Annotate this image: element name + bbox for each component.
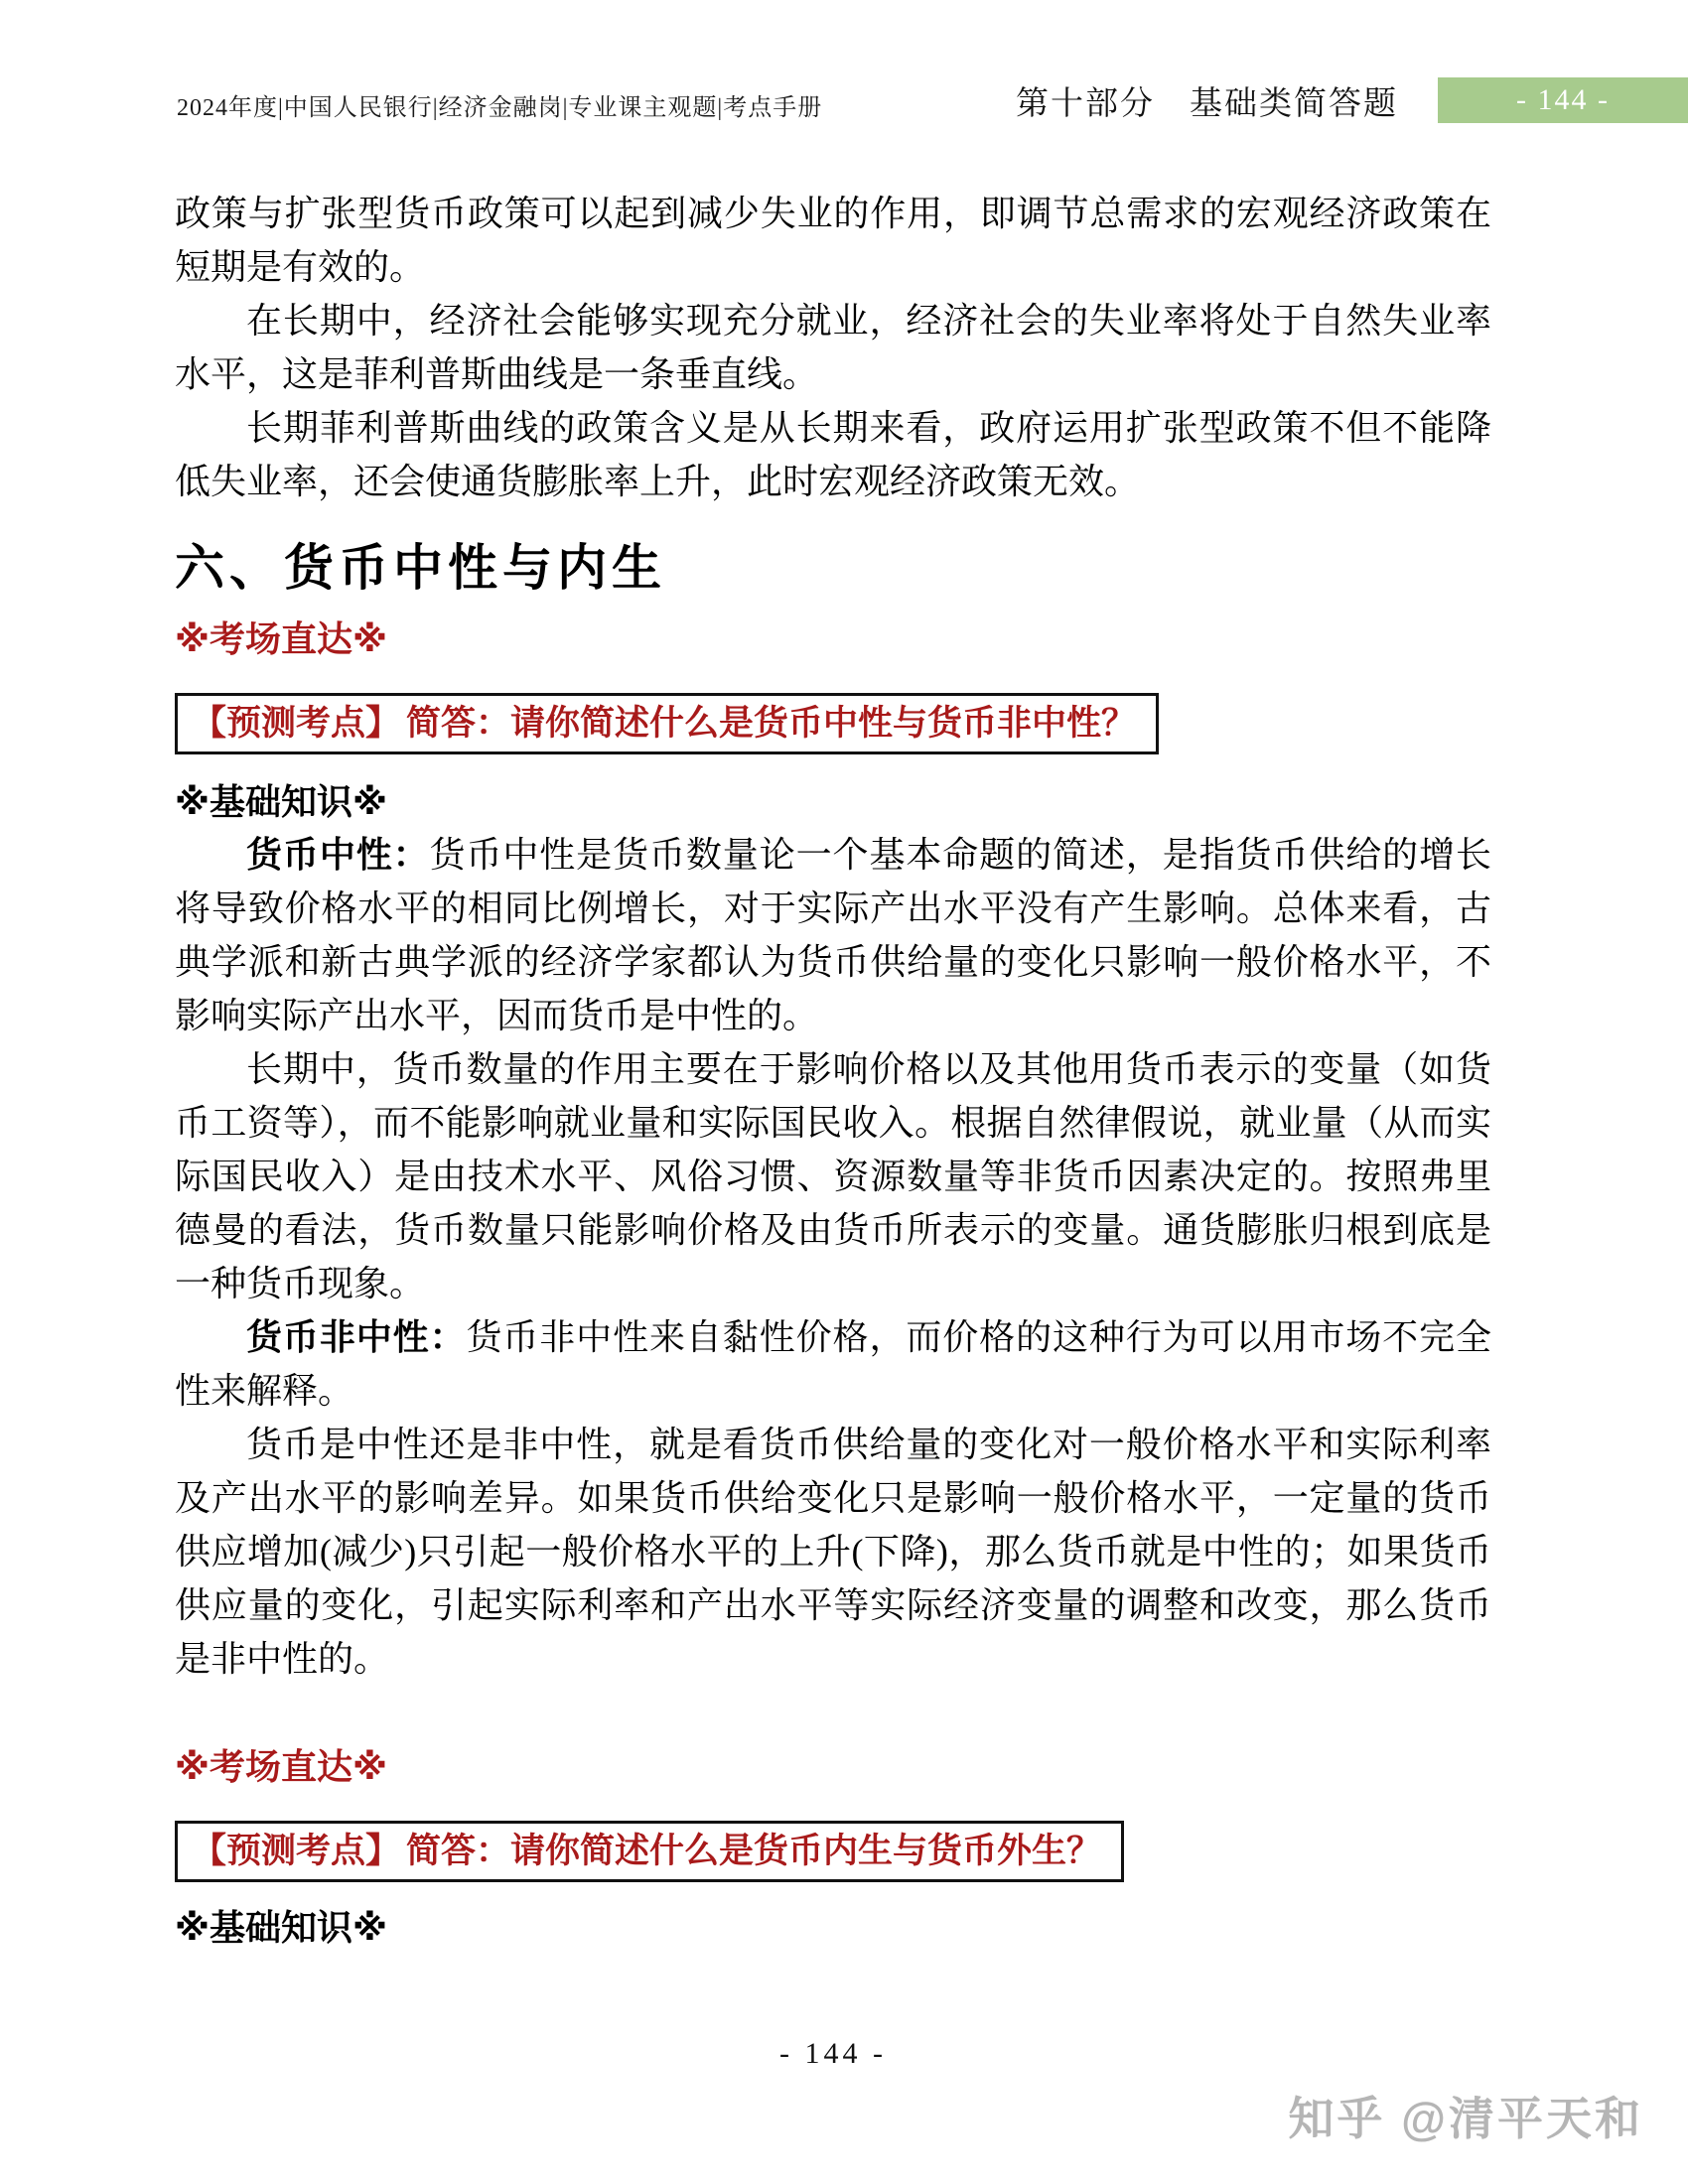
- page-content: 政策与扩张型货币政策可以起到减少失业的作用，即调节总需求的宏观经济政策在短期是有…: [175, 187, 1491, 1948]
- footer-page-number: - 144 -: [175, 2037, 1491, 2071]
- section-heading: 六、货币中性与内生: [175, 538, 1491, 598]
- knowledge-paragraph-1: 货币中性：货币中性是货币数量论一个基本命题的简述，是指货币供给的增长将导致价格水…: [175, 828, 1491, 1042]
- knowledge-paragraph-3: 货币非中性：货币非中性来自黏性价格，而价格的这种行为可以用市场不完全性来解释。: [175, 1310, 1491, 1418]
- header-left-title: 2024年度|中国人民银行|经济金融岗|专业课主观题|考点手册: [177, 87, 822, 122]
- page-number-badge: - 144 -: [1438, 77, 1688, 123]
- predict-tag-2: 【预测考点】: [192, 1832, 400, 1870]
- knowledge-paragraph-4: 货币是中性还是非中性，就是看货币供给量的变化对一般价格水平和实际利率及产出水平的…: [175, 1418, 1491, 1686]
- intro-paragraph-2: 在长期中，经济社会能够实现充分就业，经济社会的失业率将处于自然失业率水平，这是菲…: [175, 294, 1491, 401]
- paragraph-lead-monetary-nonneutral: 货币非中性：: [246, 1317, 466, 1357]
- predict-point-box-1: 【预测考点】简答：请你简述什么是货币中性与货币非中性？: [175, 693, 1159, 754]
- paragraph-lead-monetary-neutral: 货币中性：: [246, 835, 430, 875]
- intro-paragraph-1: 政策与扩张型货币政策可以起到减少失业的作用，即调节总需求的宏观经济政策在短期是有…: [175, 187, 1491, 294]
- predict-question-1: 简答：请你简述什么是货币中性与货币非中性？: [406, 704, 1136, 743]
- header-right-title: 第十部分 基础类简答题: [1016, 77, 1398, 124]
- predict-point-box-2: 【预测考点】简答：请你简述什么是货币内生与货币外生？: [175, 1821, 1124, 1882]
- knowledge-paragraph-2: 长期中，货币数量的作用主要在于影响价格以及其他用货币表示的变量（如货币工资等），…: [175, 1042, 1491, 1310]
- document-page: 2024年度|中国人民银行|经济金融岗|专业课主观题|考点手册 第十部分 基础类…: [0, 0, 1688, 2184]
- zhihu-watermark: 知乎 @清平天和: [1288, 2083, 1643, 2148]
- exam-direct-label-1: ※考场直达※: [175, 619, 1491, 659]
- predict-tag-1: 【预测考点】: [192, 704, 400, 743]
- predict-question-2: 简答：请你简述什么是货币内生与货币外生？: [406, 1832, 1101, 1870]
- exam-direct-label-2: ※考场直达※: [175, 1747, 1491, 1787]
- basic-knowledge-label-1: ※基础知识※: [175, 782, 1491, 822]
- basic-knowledge-label-2: ※基础知识※: [175, 1908, 1491, 1948]
- intro-paragraph-3: 长期菲利普斯曲线的政策含义是从长期来看，政府运用扩张型政策不但不能降低失业率，还…: [175, 401, 1491, 508]
